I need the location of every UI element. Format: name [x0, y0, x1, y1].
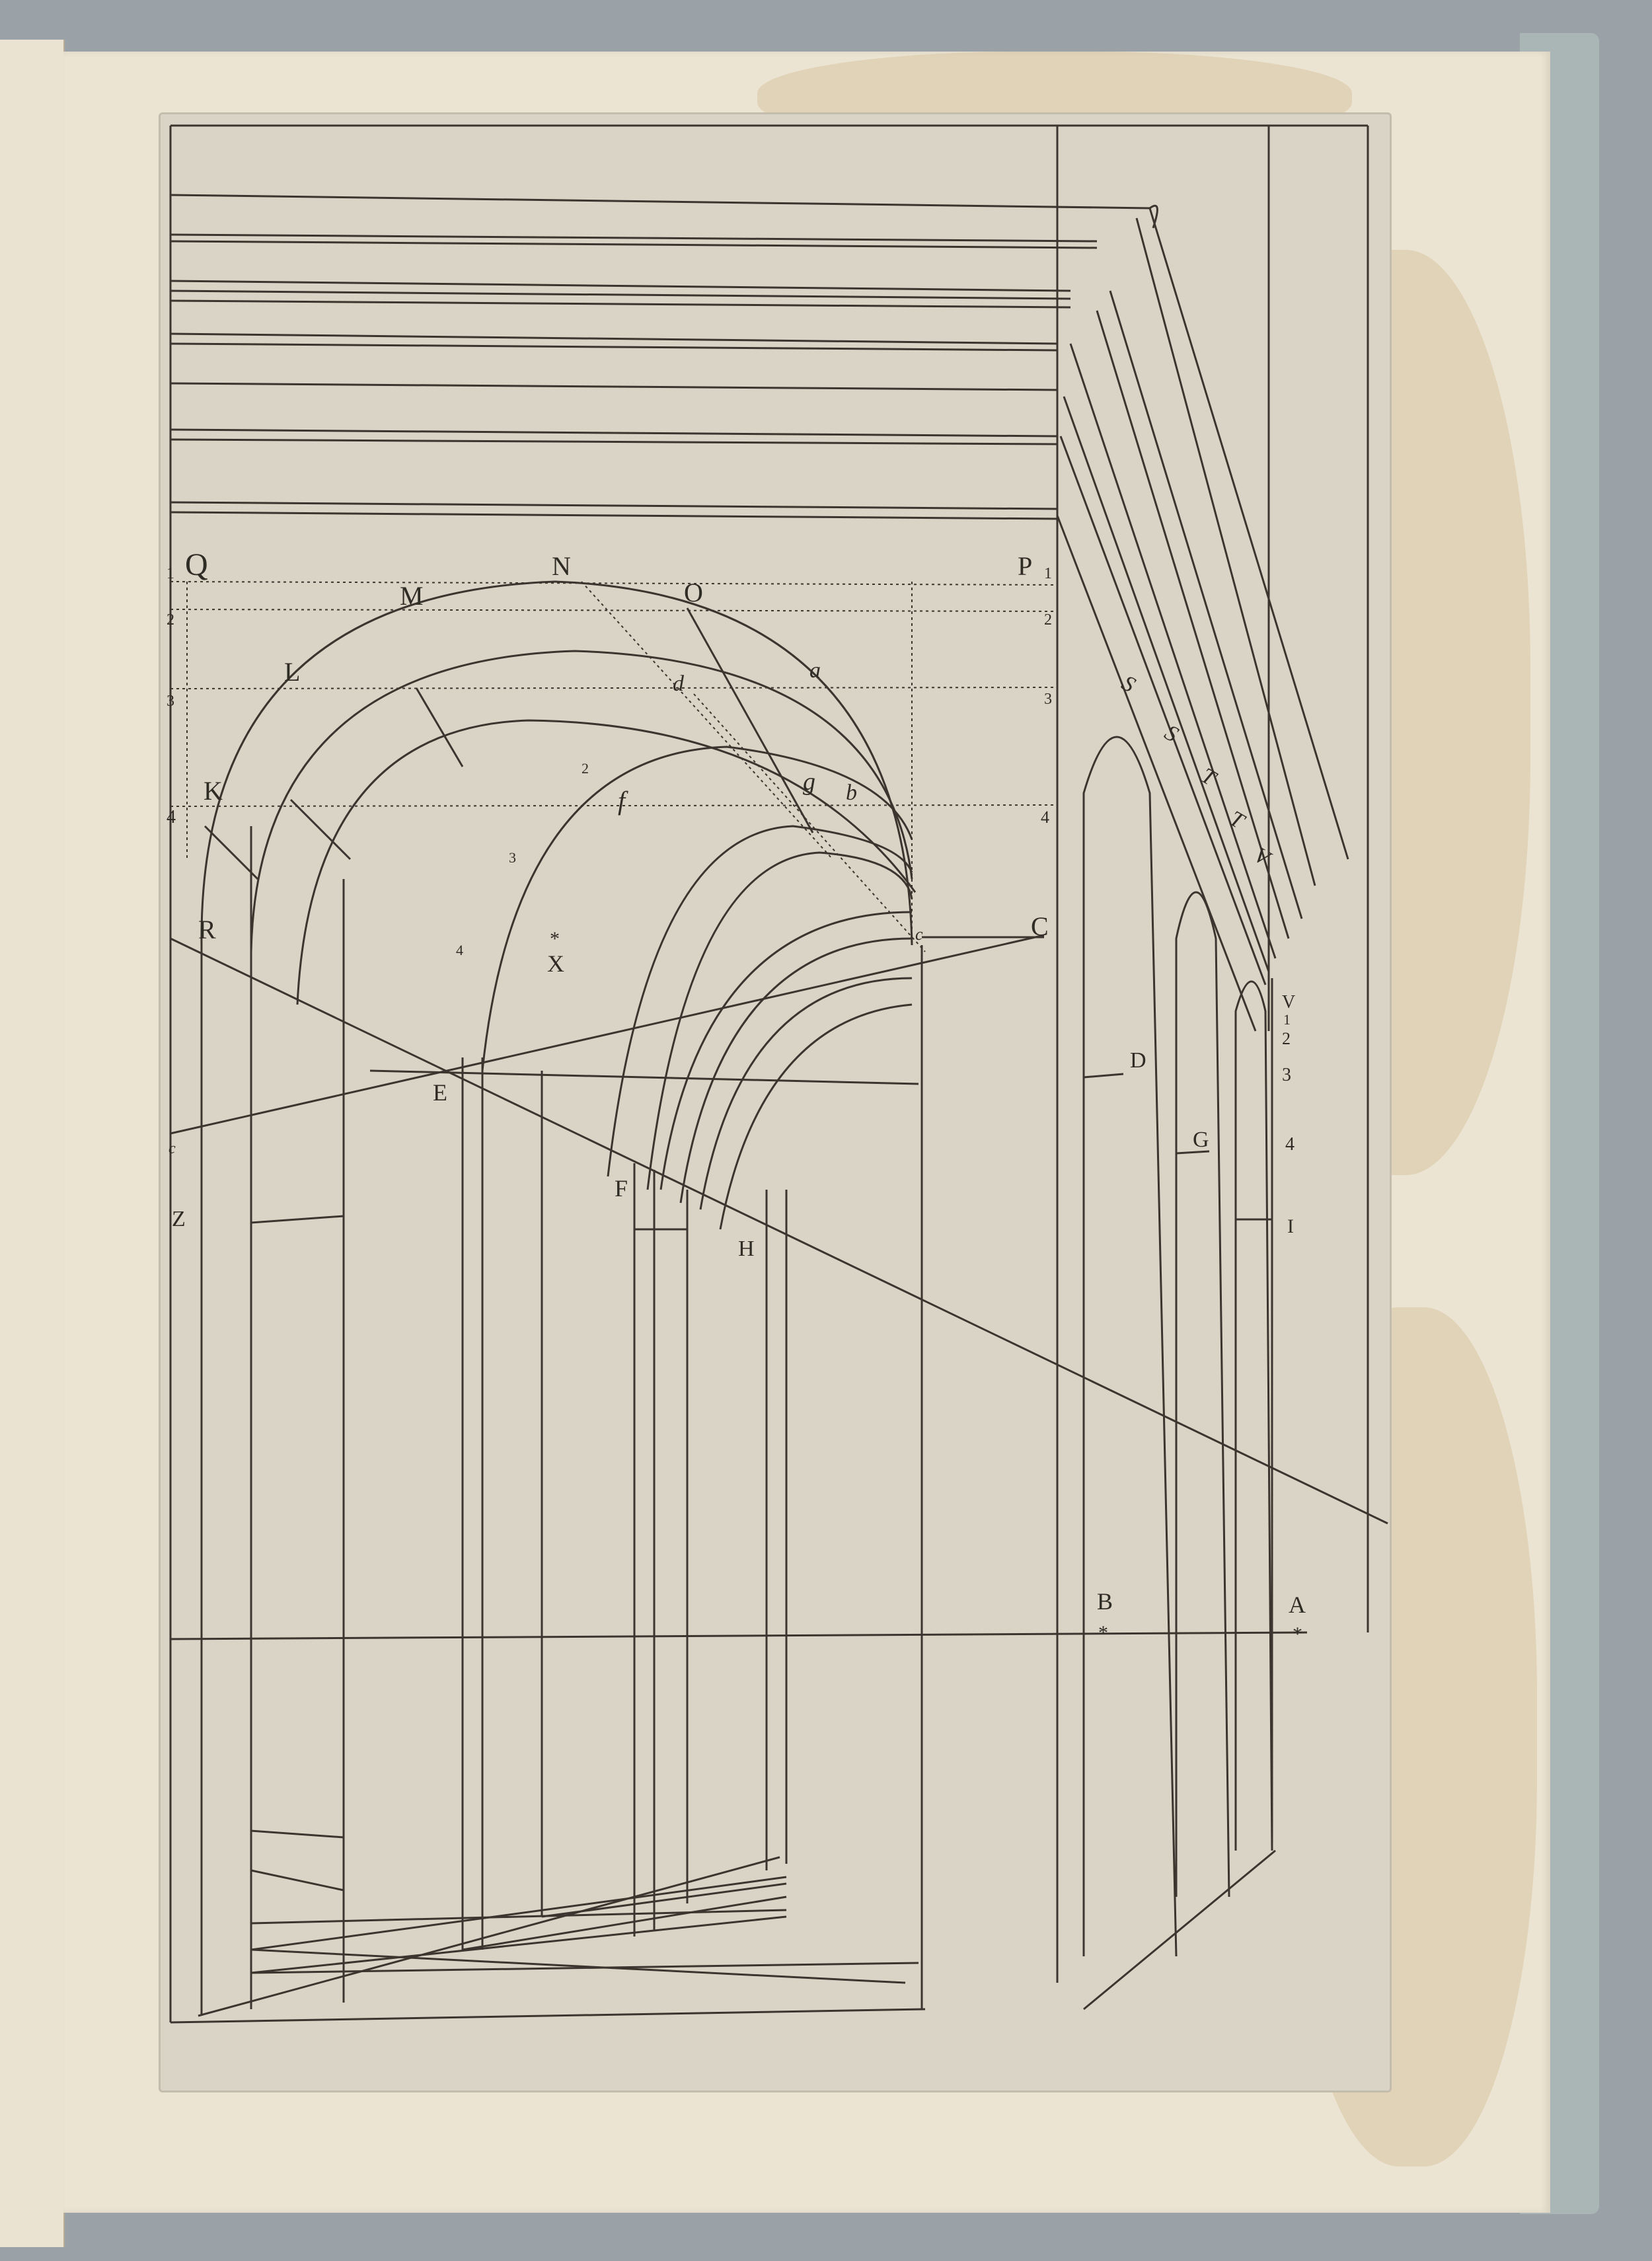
star-marker-b: * — [1098, 1622, 1108, 1644]
edge-scale-4: 4 — [1285, 1134, 1295, 1155]
label-A: A — [1289, 1591, 1306, 1618]
label-Z: Z — [172, 1207, 186, 1231]
edge-scale-V: V — [1282, 992, 1295, 1013]
edge-scale-2: 2 — [1282, 1029, 1291, 1048]
label-K: K — [204, 776, 223, 806]
star-marker-x: * — [550, 928, 560, 950]
arc-scale-2: 2 — [582, 760, 589, 777]
label-M: M — [400, 581, 424, 611]
label-a: a — [809, 658, 821, 683]
label-c-left: c — [169, 1140, 176, 1157]
label-f: f — [618, 786, 628, 816]
star-marker-a: * — [1293, 1623, 1302, 1645]
label-N: N — [552, 551, 571, 581]
left-scale-2: 2 — [167, 611, 174, 629]
edge-scale-1: 1 — [1283, 1011, 1291, 1028]
cornice-label-T2: T — [1225, 806, 1250, 835]
left-scale-4: 4 — [167, 807, 176, 827]
label-X: X — [547, 950, 564, 977]
right-scale-2: 2 — [1044, 611, 1052, 629]
left-scale-1: 1 — [167, 565, 174, 582]
label-g: g — [803, 768, 815, 796]
label-G: G — [1193, 1128, 1209, 1152]
label-C: C — [1031, 911, 1049, 941]
arc-scale-4: 4 — [456, 942, 463, 958]
label-H: H — [738, 1237, 755, 1261]
cornice-label-S2: S — [1160, 720, 1182, 747]
right-scale-1: 1 — [1044, 565, 1052, 582]
left-scale-3: 3 — [167, 693, 174, 710]
cornice-label-V: V — [1250, 843, 1276, 872]
right-scale-4: 4 — [1041, 808, 1049, 827]
label-b: b — [846, 781, 857, 805]
label-R: R — [198, 915, 216, 944]
right-scale-3: 3 — [1044, 691, 1052, 708]
label-D: D — [1130, 1048, 1146, 1073]
perspective-engraving: Q N P M O L K a d b f g c c 1 2 3 4 1 2 … — [0, 0, 1652, 2261]
cornice-label-S1: S — [1117, 671, 1139, 698]
label-O: O — [684, 578, 703, 607]
edge-scale-3: 3 — [1282, 1065, 1291, 1085]
label-P: P — [1018, 551, 1032, 581]
edge-scale-I: I — [1287, 1215, 1294, 1237]
label-E: E — [433, 1079, 447, 1106]
label-c: c — [915, 925, 923, 944]
label-d: d — [673, 671, 685, 696]
arc-scale-3: 3 — [509, 849, 516, 866]
label-B: B — [1097, 1588, 1113, 1615]
label-F: F — [615, 1175, 628, 1202]
label-Q: Q — [185, 547, 208, 582]
label-L: L — [284, 657, 300, 687]
